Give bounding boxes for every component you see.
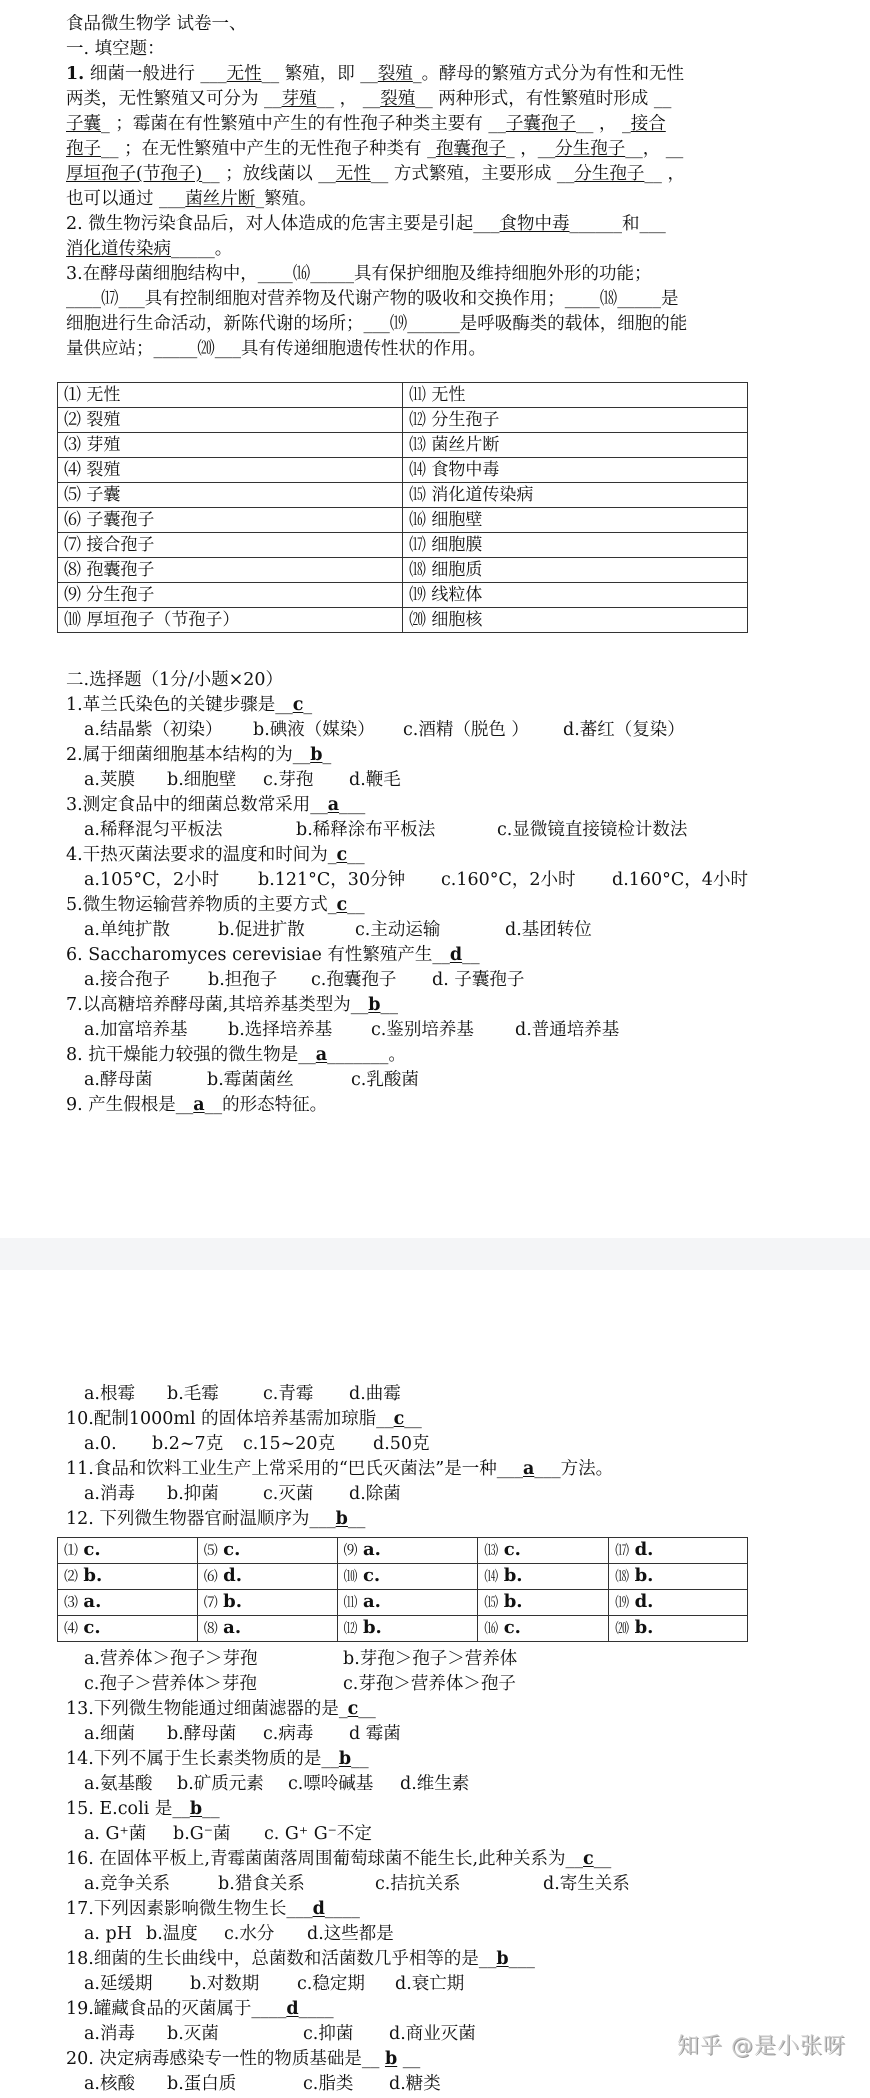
section-2-heading: 二.选择题（1分/小题×20） — [66, 668, 283, 693]
answer-letter: b. — [504, 1565, 523, 1586]
option-a: a.核酸 — [84, 2072, 135, 2097]
answer-blank: a — [316, 1045, 327, 1065]
answer-blank: 孢子 — [66, 139, 101, 159]
table-row: ⑴ c.⑸ c.⑼ a.⒀ c.⒄ d. — [58, 1538, 748, 1564]
fill-answer-table: ⑴ 无性⑾ 无性⑵ 裂殖⑿ 分生孢子⑶ 芽殖⒀ 菌丝片断⑷ 裂殖⒁ 食物中毒⑸ … — [57, 382, 748, 633]
question-q11-stem: 11.食品和饮料工业生产上常采用的“巴氏灭菌法”是一种___a___方法。 — [66, 1457, 613, 1482]
answer-blank: 分生孢子 — [555, 139, 625, 159]
table-cell: ⑵ 裂殖 — [58, 408, 403, 433]
choice-answer-table: ⑴ c.⑸ c.⑼ a.⒀ c.⒄ d.⑵ b.⑹ d.⑽ c.⒁ b.⒅ b.… — [57, 1537, 748, 1642]
option-a: a.单纯扩散 — [84, 918, 170, 943]
question-q10-stem: 10.配制1000ml 的固体培养基需加琼脂__c__ — [66, 1407, 422, 1432]
document-title: 食品微生物学 试卷一、 — [66, 12, 247, 37]
item-number: ⑽ — [344, 1569, 358, 1585]
option-d: d.商业灭菌 — [389, 2022, 476, 2047]
fill-q1-line-5: 厚垣孢子(节孢子)__ ；放线菌以 __无性__ 方式繁殖，主要形成 __分生孢… — [66, 162, 685, 187]
answer-blank: d — [286, 1999, 298, 2019]
option-a: a.稀释混匀平板法 — [84, 818, 223, 843]
option-a: a.105°C，2小时 — [84, 868, 219, 893]
option-b: b.蛋白质 — [167, 2072, 236, 2097]
option-d: d.鞭毛 — [349, 768, 401, 793]
option-c: c.拮抗关系 — [375, 1872, 460, 1897]
table-cell: ⒁ b. — [478, 1564, 609, 1590]
option-b: b.碘液（媒染） — [253, 718, 375, 743]
item-number: ⑵ — [64, 1569, 78, 1585]
question-number: 1. — [66, 64, 84, 84]
question-q13-stem: 13.下列微生物能通过细菌滤器的是_c__ — [66, 1697, 376, 1722]
table-cell: ⑼ 分生孢子 — [58, 583, 403, 608]
item-number: ⑺ — [204, 1595, 218, 1611]
answer-blank: 芽殖 — [282, 89, 317, 109]
option-d: d.这些都是 — [307, 1922, 394, 1947]
table-cell: ⑸ 子囊 — [58, 483, 403, 508]
option-b: b.灭菌 — [167, 2022, 219, 2047]
item-number: ⒅ — [615, 1569, 629, 1585]
answer-blank: b — [336, 1509, 348, 1529]
option-d: d 霉菌 — [349, 1722, 401, 1747]
table-row: ⑼ 分生孢子⒆ 线粒体 — [58, 583, 748, 608]
option-b: b.选择培养基 — [228, 1018, 332, 1043]
option-c: c.灭菌 — [263, 1482, 313, 1507]
table-row: ⑽ 厚垣孢子（节孢子）⒇ 细胞核 — [58, 608, 748, 633]
table-cell: ⑼ a. — [337, 1538, 478, 1564]
answer-letter: c. — [504, 1617, 521, 1638]
answer-blank: b — [385, 2049, 397, 2069]
option-d: d. 子囊孢子 — [432, 968, 524, 993]
option-4: c.芽孢＞营养体＞孢子 — [343, 1672, 516, 1697]
fill-q3-line-1: 3.在酵母菌细胞结构中，____⒃_____具有保护细胞及维持细胞外形的功能； — [66, 262, 651, 287]
fill-q1-line-3: 子囊_ ；霉菌在有性繁殖中产生的有性孢子种类主要有 __子囊孢子__ ， _接合 — [66, 112, 666, 137]
option-c: c.水分 — [224, 1922, 274, 1947]
item-number: ⑶ — [64, 1595, 78, 1611]
option-d: d.衰亡期 — [395, 1972, 464, 1997]
option-b: b.抑菌 — [167, 1482, 219, 1507]
answer-blank: 裂殖 — [380, 89, 415, 109]
fill-q3-line-2: ____⒄___具有控制细胞对营养物及代谢产物的吸收和交换作用；____⒅___… — [66, 287, 679, 312]
answer-letter: c. — [363, 1565, 380, 1586]
answer-letter: a. — [223, 1617, 241, 1638]
answer-letter: b. — [635, 1565, 654, 1586]
option-d: d.维生素 — [400, 1772, 469, 1797]
table-cell: ⑷ 裂殖 — [58, 458, 403, 483]
question-q12-stem: 12. 下列微生物器官耐温顺序为___b__ — [66, 1507, 365, 1532]
zhihu-watermark: 知乎 @是小张呀 — [677, 2029, 846, 2060]
table-cell: ⑵ b. — [58, 1564, 198, 1590]
option-d: d.50克 — [373, 1432, 430, 1457]
answer-letter: b. — [83, 1565, 102, 1586]
option-c: c.主动运输 — [355, 918, 440, 943]
option-c: c.显微镜直接镜检计数法 — [497, 818, 687, 843]
table-row: ⑻ 孢囊孢子⒅ 细胞质 — [58, 558, 748, 583]
document-page-1: 食品微生物学 试卷一、 一. 填空题： 1. 细菌一般进行 ___无性__ 繁殖… — [0, 0, 870, 1238]
item-number: ⒂ — [484, 1595, 498, 1611]
answer-blank: c — [348, 1699, 359, 1719]
option-b: b.温度 — [146, 1922, 198, 1947]
table-cell: ⒇ b. — [609, 1616, 748, 1642]
table-row: ⑷ 裂殖⒁ 食物中毒 — [58, 458, 748, 483]
fill-q3-line-4: 量供应站；_____⒇___具有传递细胞遗传性状的作用。 — [66, 337, 486, 362]
question-q6-stem: 6. Saccharomyces cerevisiae 有性繁殖产生__d__ — [66, 943, 480, 968]
option-b: b.细胞壁 — [167, 768, 236, 793]
question-q5-stem: 5.微生物运输营养物质的主要方式_c__ — [66, 893, 365, 918]
fill-q1-line-4: 孢子__ ；在无性繁殖中产生的无性孢子种类有 _孢囊孢子_ ，__分生孢子__，… — [66, 137, 683, 162]
option-b: b.2~7克 — [152, 1432, 223, 1457]
option-c: c.青霉 — [263, 1382, 313, 1407]
question-q19-stem: 19.罐藏食品的灭菌属于____d____ — [66, 1997, 334, 2022]
item-number: ⑹ — [204, 1569, 218, 1585]
answer-blank: 接合 — [631, 114, 666, 134]
answer-letter: c. — [504, 1539, 521, 1560]
item-number: ⒁ — [484, 1569, 498, 1585]
table-row: ⑵ b.⑹ d.⑽ c.⒁ b.⒅ b. — [58, 1564, 748, 1590]
option-3: c.孢子＞营养体＞芽孢 — [84, 1672, 257, 1697]
answer-letter: a. — [363, 1539, 381, 1560]
option-2: b.芽孢＞孢子＞营养体 — [343, 1647, 517, 1672]
option-c: c.嘌呤碱基 — [288, 1772, 373, 1797]
option-c: c.病毒 — [263, 1722, 313, 1747]
answer-blank: 裂殖 — [378, 64, 413, 84]
question-q16-stem: 16. 在固体平板上,青霉菌菌落周围葡萄球菌不能生长,此种关系为__c__ — [66, 1847, 611, 1872]
question-q14-stem: 14.下列不属于生长素类物质的是__b__ — [66, 1747, 369, 1772]
option-c: c.鉴别培养基 — [371, 1018, 474, 1043]
table-cell: ⒃ 细胞壁 — [403, 508, 748, 533]
option-a: a. pH — [84, 1922, 132, 1947]
table-cell: ⑸ c. — [197, 1538, 337, 1564]
option-a: a.延缓期 — [84, 1972, 153, 1997]
answer-blank: a — [523, 1459, 534, 1479]
table-cell: ⑽ 厚垣孢子（节孢子） — [58, 608, 403, 633]
option-1: a.营养体＞孢子＞芽孢 — [84, 1647, 258, 1672]
question-q3-stem: 3.测定食品中的细菌总数常采用__a___ — [66, 793, 365, 818]
answer-blank: c — [394, 1409, 405, 1429]
answer-blank: d — [450, 945, 462, 965]
answer-blank: 无性 — [227, 64, 262, 84]
document-page-2: a.根霉b.毛霉c.青霉d.曲霉10.配制1000ml 的固体培养基需加琼脂__… — [0, 1270, 870, 2098]
question-q2-stem: 2.属于细菌细胞基本结构的为__b_ — [66, 743, 331, 768]
option-b: b.对数期 — [190, 1972, 259, 1997]
answer-blank: 菌丝片断 — [185, 189, 255, 209]
option-a: a.0. — [84, 1432, 117, 1457]
option-b: b.猎食关系 — [218, 1872, 305, 1897]
item-number: ⑸ — [204, 1543, 218, 1559]
table-cell: ⑴ 无性 — [58, 383, 403, 408]
table-cell: ⑾ a. — [337, 1590, 478, 1616]
option-a: a. G⁺菌 — [84, 1822, 146, 1847]
answer-blank: c — [293, 695, 304, 715]
option-d: d.除菌 — [349, 1482, 401, 1507]
item-number: ⑷ — [64, 1621, 78, 1637]
table-cell: ⑹ d. — [197, 1564, 337, 1590]
answer-blank: d — [313, 1899, 325, 1919]
table-row: ⑵ 裂殖⑿ 分生孢子 — [58, 408, 748, 433]
option-b: b.促进扩散 — [218, 918, 305, 943]
answer-blank: a — [328, 795, 339, 815]
item-number: ⑿ — [344, 1621, 358, 1637]
option-c: c.脂类 — [303, 2072, 353, 2097]
fill-q1-line-2: 两类，无性繁殖又可分为 __芽殖__ ， __裂殖__ 两种形式，有性繁殖时形成… — [66, 87, 671, 112]
answer-blank: 厚垣孢子(节孢子) — [66, 164, 202, 184]
table-cell: ⑿ b. — [337, 1616, 478, 1642]
option-c: c.稳定期 — [297, 1972, 365, 1997]
table-row: ⑷ c.⑻ a.⑿ b.⒃ c.⒇ b. — [58, 1616, 748, 1642]
table-cell: ⒀ 菌丝片断 — [403, 433, 748, 458]
table-cell: ⑽ c. — [337, 1564, 478, 1590]
answer-letter: b. — [223, 1591, 242, 1612]
question-q18-stem: 18.细菌的生长曲线中，总菌数和活菌数几乎相等的是__b___ — [66, 1947, 535, 1972]
answer-letter: d. — [635, 1591, 654, 1612]
table-cell: ⒇ 细胞核 — [403, 608, 748, 633]
option-a: a.根霉 — [84, 1382, 135, 1407]
answer-blank: c — [336, 845, 347, 865]
fill-q1-line-6: 也可以通过 ___菌丝片断_繁殖。 — [66, 187, 317, 212]
option-c: c.芽孢 — [263, 768, 313, 793]
answer-blank: 无性 — [336, 164, 371, 184]
option-a: a.消毒 — [84, 2022, 135, 2047]
option-d: d.曲霉 — [349, 1382, 401, 1407]
option-a: a.结晶紫（初染） — [84, 718, 223, 743]
item-number: ⒀ — [484, 1543, 498, 1559]
table-cell: ⒂ 消化道传染病 — [403, 483, 748, 508]
table-cell: ⒄ 细胞膜 — [403, 533, 748, 558]
option-b: b.酵母菌 — [167, 1722, 236, 1747]
fill-q2-line-1: 2. 微生物污染食品后，对人体造成的危害主要是引起___食物中毒______和_… — [66, 212, 666, 237]
option-b: b.毛霉 — [167, 1382, 219, 1407]
table-cell: ⑻ 孢囊孢子 — [58, 558, 403, 583]
answer-blank: 分生孢子 — [574, 164, 644, 184]
option-c: c.抑菌 — [303, 2022, 353, 2047]
answer-blank: c — [583, 1849, 594, 1869]
option-c: c.酒精（脱色 ） — [403, 718, 529, 743]
page-separator — [0, 1238, 870, 1270]
answer-letter: c. — [83, 1539, 100, 1560]
answer-letter: c. — [83, 1617, 100, 1638]
answer-letter: a. — [363, 1591, 381, 1612]
table-cell: ⒅ b. — [609, 1564, 748, 1590]
answer-letter: c. — [223, 1539, 240, 1560]
option-c: c.15~20克 — [243, 1432, 335, 1457]
answer-letter: d. — [223, 1565, 242, 1586]
item-number: ⑼ — [344, 1543, 358, 1559]
answer-letter: a. — [83, 1591, 101, 1612]
option-a: a.酵母菌 — [84, 1068, 153, 1093]
section-1-heading: 一. 填空题： — [66, 37, 165, 62]
answer-letter: b. — [504, 1591, 523, 1612]
answer-blank: 食物中毒 — [500, 214, 570, 234]
answer-letter: d. — [635, 1539, 654, 1560]
option-a: a.接合孢子 — [84, 968, 170, 993]
answer-letter: b. — [363, 1617, 382, 1638]
option-c: c.乳酸菌 — [351, 1068, 419, 1093]
answer-blank: c — [336, 895, 347, 915]
option-a: a.加富培养基 — [84, 1018, 188, 1043]
option-b: b.G⁻菌 — [173, 1822, 230, 1847]
table-cell: ⑺ 接合孢子 — [58, 533, 403, 558]
question-q9-stem: 9. 产生假根是__a__的形态特征。 — [66, 1093, 327, 1118]
table-cell: ⒅ 细胞质 — [403, 558, 748, 583]
table-row: ⑴ 无性⑾ 无性 — [58, 383, 748, 408]
option-c: c.孢囊孢子 — [311, 968, 396, 993]
question-q15-stem: 15. E.coli 是__b__ — [66, 1797, 220, 1822]
table-row: ⑶ a.⑺ b.⑾ a.⒂ b.⒆ d. — [58, 1590, 748, 1616]
table-cell: ⒆ 线粒体 — [403, 583, 748, 608]
answer-blank: 孢囊孢子 — [436, 139, 506, 159]
option-b: b.担孢子 — [208, 968, 277, 993]
table-cell: ⑴ c. — [58, 1538, 198, 1564]
table-cell: ⑺ b. — [197, 1590, 337, 1616]
table-cell: ⒁ 食物中毒 — [403, 458, 748, 483]
option-a: a.荚膜 — [84, 768, 135, 793]
answer-blank: b — [339, 1749, 351, 1769]
item-number: ⑾ — [344, 1595, 358, 1611]
item-number: ⑴ — [64, 1543, 78, 1559]
item-number: ⒇ — [615, 1621, 629, 1637]
fill-q1-line-1: 1. 细菌一般进行 ___无性__ 繁殖，即 __裂殖_。酵母的繁殖方式分为有性… — [66, 62, 684, 87]
table-cell: ⑶ a. — [58, 1590, 198, 1616]
question-q8-stem: 8. 抗干燥能力较强的微生物是__a_______。 — [66, 1043, 406, 1068]
answer-blank: b — [190, 1799, 202, 1819]
answer-blank: 子囊 — [66, 114, 101, 134]
option-a: a.氨基酸 — [84, 1772, 153, 1797]
option-a: a.消毒 — [84, 1482, 135, 1507]
option-a: a.细菌 — [84, 1722, 135, 1747]
answer-blank: b — [368, 995, 380, 1015]
question-q20-stem: 20. 决定病毒感染专一性的物质基础是__ b __ — [66, 2047, 420, 2072]
answer-blank: 消化道传染病 — [66, 239, 171, 259]
item-number: ⒄ — [615, 1543, 629, 1559]
table-cell: ⒂ b. — [478, 1590, 609, 1616]
item-number: ⒃ — [484, 1621, 498, 1637]
table-cell: ⒃ c. — [478, 1616, 609, 1642]
question-q17-stem: 17.下列因素影响微生物生长___d____ — [66, 1897, 360, 1922]
answer-blank: b — [310, 745, 322, 765]
table-cell: ⑹ 子囊孢子 — [58, 508, 403, 533]
item-number: ⑻ — [204, 1621, 218, 1637]
table-row: ⑹ 子囊孢子⒃ 细胞壁 — [58, 508, 748, 533]
question-q4-stem: 4.干热灭菌法要求的温度和时间为_c__ — [66, 843, 365, 868]
table-cell: ⑶ 芽殖 — [58, 433, 403, 458]
table-cell: ⑻ a. — [197, 1616, 337, 1642]
table-row: ⑸ 子囊⒂ 消化道传染病 — [58, 483, 748, 508]
option-d: d.寄生关系 — [543, 1872, 630, 1897]
table-cell: ⑷ c. — [58, 1616, 198, 1642]
table-cell: ⑾ 无性 — [403, 383, 748, 408]
option-a: a.竞争关系 — [84, 1872, 170, 1897]
option-d: d.160°C，4小时 — [612, 868, 748, 893]
answer-blank: a — [193, 1095, 204, 1115]
table-cell: ⒀ c. — [478, 1538, 609, 1564]
table-cell: ⑿ 分生孢子 — [403, 408, 748, 433]
question-q1-stem: 1.革兰氏染色的关键步骤是__c_ — [66, 693, 312, 718]
table-cell: ⒄ d. — [609, 1538, 748, 1564]
item-number: ⒆ — [615, 1595, 629, 1611]
option-b: b.矿质元素 — [177, 1772, 264, 1797]
option-d: d.蕃红（复染） — [563, 718, 685, 743]
option-c: c. G⁺ G⁻不定 — [264, 1822, 372, 1847]
option-c: c.160°C，2小时 — [441, 868, 576, 893]
answer-letter: b. — [635, 1617, 654, 1638]
answer-blank: b — [496, 1949, 508, 1969]
option-d: d.基团转位 — [505, 918, 592, 943]
answer-blank: 子囊孢子 — [506, 114, 576, 134]
option-b: b.121°C，30分钟 — [258, 868, 405, 893]
fill-q3-line-3: 细胞进行生命活动，新陈代谢的场所；___⒆______是呼吸酶类的载体，细胞的能 — [66, 312, 687, 337]
option-d: d.糖类 — [389, 2072, 441, 2097]
option-d: d.普通培养基 — [515, 1018, 619, 1043]
table-cell: ⒆ d. — [609, 1590, 748, 1616]
question-q7-stem: 7.以高糖培养酵母菌,其培养基类型为__b__ — [66, 993, 398, 1018]
fill-q2-line-2: 消化道传染病_____。 — [66, 237, 232, 262]
table-row: ⑺ 接合孢子⒄ 细胞膜 — [58, 533, 748, 558]
option-b: b.霉菌菌丝 — [207, 1068, 294, 1093]
table-row: ⑶ 芽殖⒀ 菌丝片断 — [58, 433, 748, 458]
option-b: b.稀释涂布平板法 — [296, 818, 435, 843]
